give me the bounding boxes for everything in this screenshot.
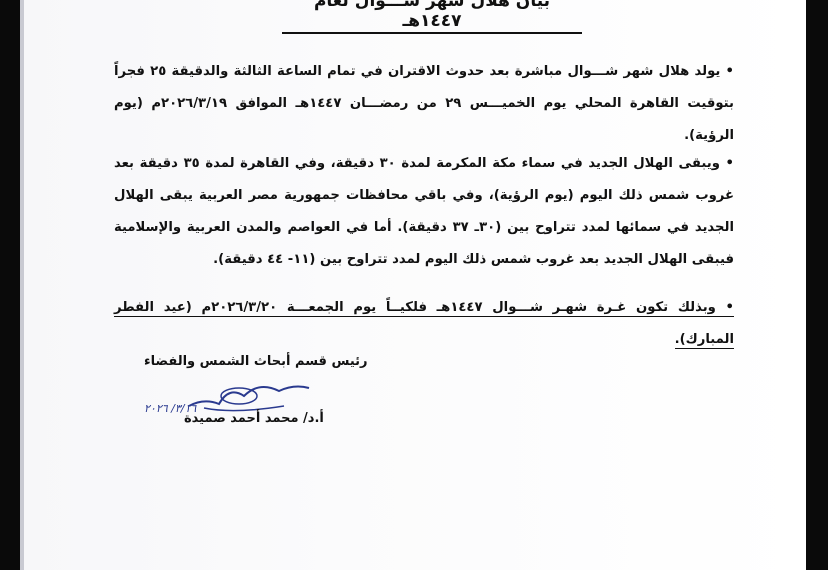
eid-date-text: • وبذلك تكون غـرة شهـر شـــوال ١٤٤٧هـ فل… xyxy=(114,300,734,349)
signatory-name: أ.د/ محمد أحمد صميدة xyxy=(184,411,324,426)
paragraph-eid-date: • وبذلك تكون غـرة شهـر شـــوال ١٤٤٧هـ فل… xyxy=(114,292,734,356)
paragraph-crescent-duration: • ويبقى الهلال الجديد في سماء مكة المكرم… xyxy=(114,148,734,276)
right-dark-border xyxy=(806,0,828,570)
signatory-title: رئيس قسم أبحاث الشمس والفضاء xyxy=(144,354,368,369)
left-dark-border xyxy=(0,0,20,570)
handwritten-signature-icon xyxy=(184,376,314,416)
document-page: بيان هلال شهر شـــوال لعام ١٤٤٧هـ • يولد… xyxy=(24,0,806,570)
document-title: بيان هلال شهر شـــوال لعام ١٤٤٧هـ xyxy=(282,0,582,34)
paragraph-conjunction: • يولد هلال شهر شـــوال مباشرة بعد حدوث … xyxy=(114,56,734,152)
